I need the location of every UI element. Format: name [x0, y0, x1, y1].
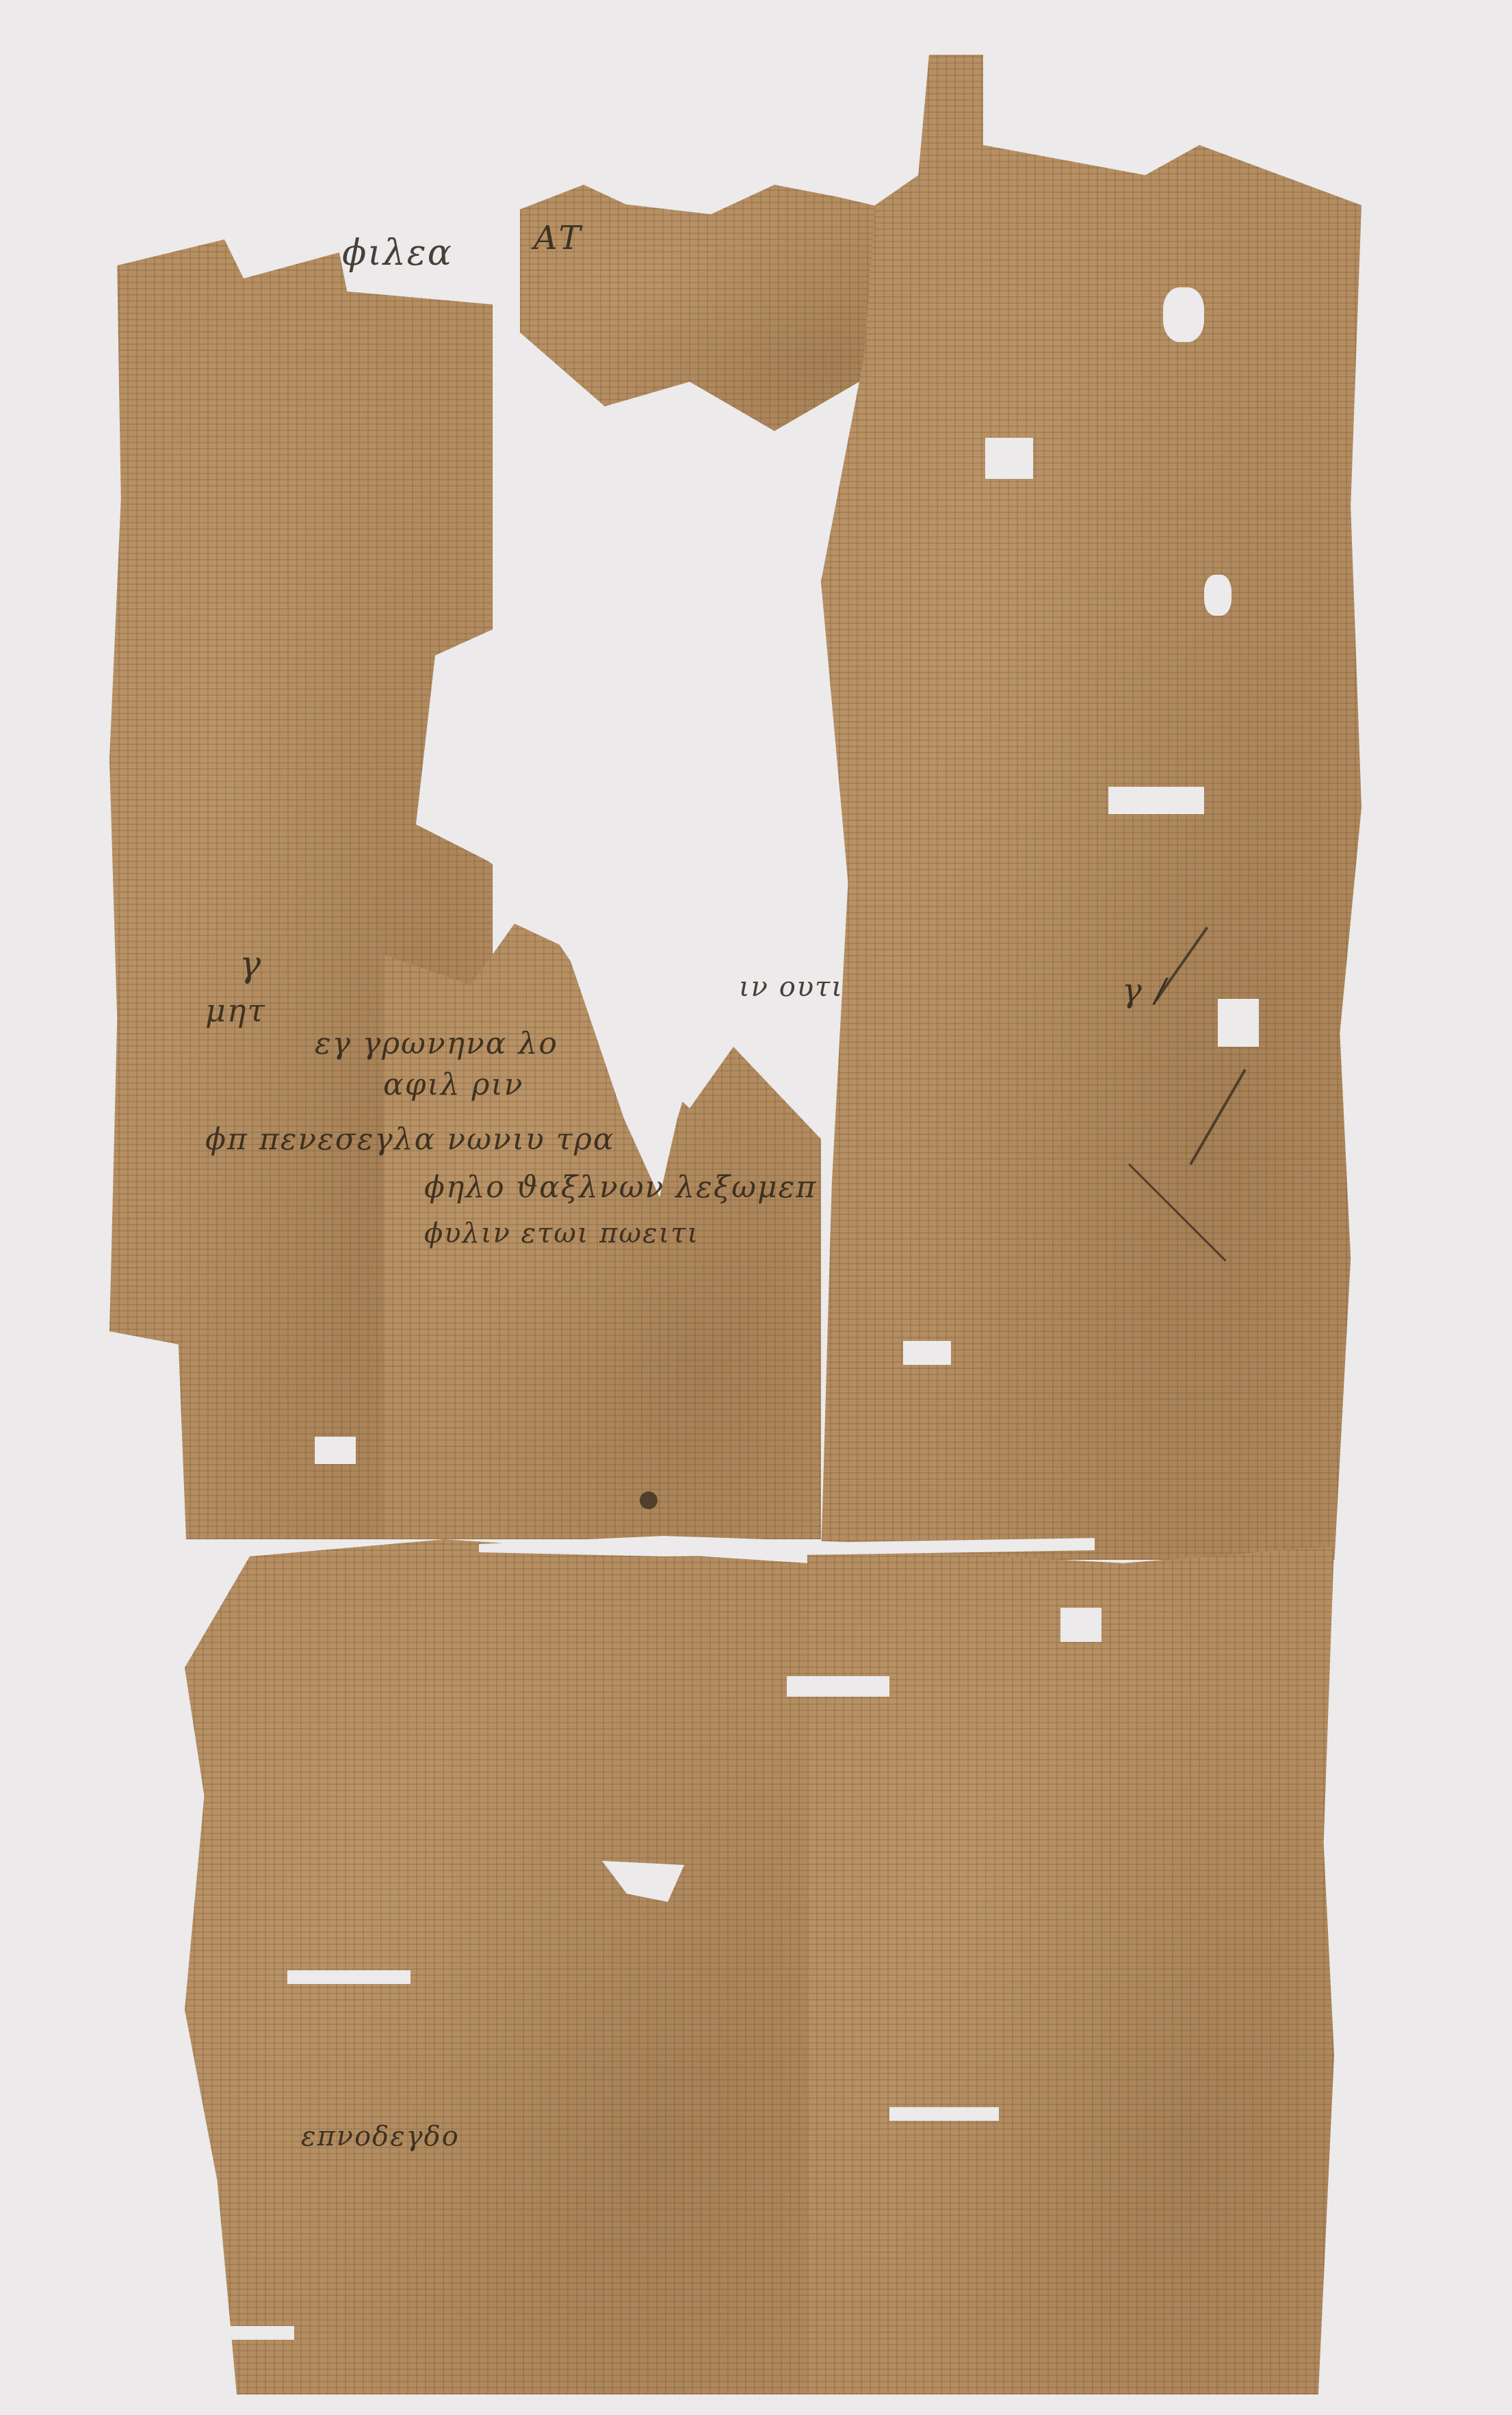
papyrus-hole [985, 438, 1033, 479]
papyrus-fragment-lower-left [185, 1539, 835, 2394]
header-text-left: ϕιλεα [342, 233, 453, 274]
papyrus-hole [1218, 999, 1259, 1047]
papyrus-photo: ϕιλεα ΑΤ γ μητ εγ γρωνηνα λο ιν ουτι αφι… [0, 0, 1512, 2415]
writing-line-3: ϕπ πενεσεγλα νωνιυ τρα [205, 1122, 615, 1157]
papyrus-hole [315, 1437, 356, 1464]
papyrus-hole [1108, 787, 1204, 814]
papyrus-hole [889, 2107, 999, 2121]
papyrus-hole [1060, 1608, 1102, 1642]
header-text-right: ΑΤ [534, 219, 582, 257]
bottom-text: επνοδεγδο [301, 2121, 460, 2152]
writing-line-5: ϕυλιν ετωι πωειτι [424, 1218, 699, 1249]
writing-line-1: εγ γρωνηνα λο [315, 1026, 558, 1061]
papyrus-hole [903, 1341, 951, 1365]
margin-text-1: γ [239, 944, 262, 985]
writing-line-1b: ιν ουτι [739, 971, 844, 1003]
writing-line-4: ϕηλο ϑαξλνων λεξωμεπ [424, 1170, 817, 1205]
writing-line-2: αφιλ ριν [383, 1067, 524, 1102]
ink-blot [640, 1491, 657, 1509]
papyrus-hole [787, 1676, 889, 1697]
papyrus-fragment-right [821, 55, 1361, 1560]
margin-text-2: μητ [205, 992, 266, 1029]
papyrus-fragment-lower-right [807, 1546, 1334, 2394]
papyrus-hole [1163, 287, 1204, 342]
papyrus-hole [1204, 575, 1231, 616]
papyrus-hole [226, 2326, 294, 2340]
papyrus-hole [287, 1970, 410, 1984]
